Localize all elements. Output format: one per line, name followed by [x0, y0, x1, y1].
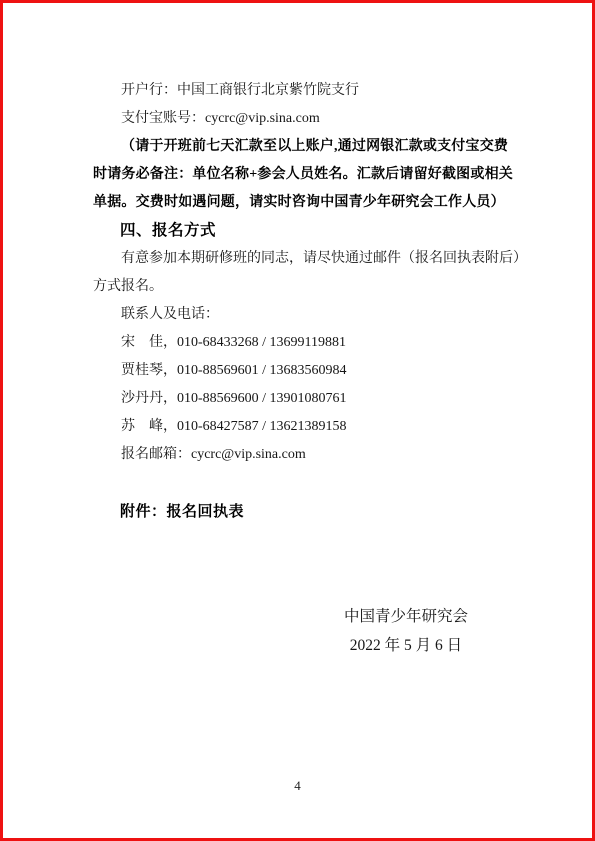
- section-heading-registration: 四、报名方式: [93, 217, 523, 245]
- email-line: 报名邮箱：cycrc@vip.sina.com: [93, 441, 523, 469]
- signature-block: 中国青少年研究会 2022 年 5 月 6 日: [306, 602, 506, 660]
- contact-line: 宋 佳，010-68433268 / 13699119881: [93, 329, 523, 357]
- attachment-heading: 附件：报名回执表: [93, 498, 523, 526]
- alipay-account-line: 支付宝账号：cycrc@vip.sina.com: [93, 105, 523, 133]
- signature-organization: 中国青少年研究会: [306, 602, 506, 631]
- document-content: 开户行：中国工商银行北京紫竹院支行 支付宝账号：cycrc@vip.sina.c…: [93, 77, 523, 526]
- payment-notice-line: （请于开班前七天汇款至以上账户,通过网银汇款或支付宝交费: [93, 133, 523, 161]
- document-page: 开户行：中国工商银行北京紫竹院支行 支付宝账号：cycrc@vip.sina.c…: [0, 0, 595, 841]
- signature-date: 2022 年 5 月 6 日: [306, 631, 506, 660]
- payment-notice-line: 时请务必备注：单位名称+参会人员姓名。汇款后请留好截图或相关: [93, 161, 523, 189]
- registration-line: 方式报名。: [93, 273, 523, 301]
- contact-line: 苏 峰，010-68427587 / 13621389158: [93, 413, 523, 441]
- bank-account-line: 开户行：中国工商银行北京紫竹院支行: [93, 77, 523, 105]
- registration-line: 有意参加本期研修班的同志，请尽快通过邮件（报名回执表附后）: [93, 245, 523, 273]
- contacts-label: 联系人及电话：: [93, 301, 523, 329]
- contact-line: 沙丹丹，010-88569600 / 13901080761: [93, 385, 523, 413]
- page-number: 4: [3, 778, 592, 794]
- contact-line: 贾桂琴，010-88569601 / 13683560984: [93, 357, 523, 385]
- payment-notice-line: 单据。交费时如遇问题，请实时咨询中国青少年研究会工作人员）: [93, 189, 523, 217]
